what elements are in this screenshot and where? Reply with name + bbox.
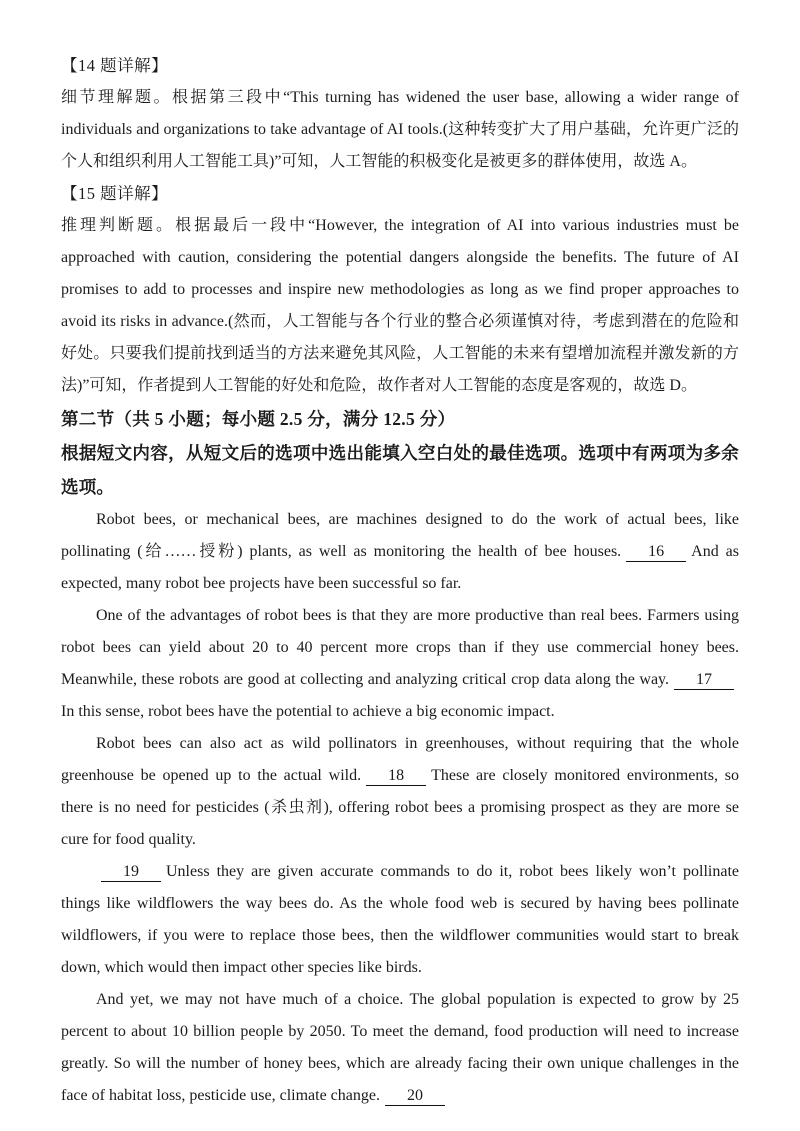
paragraph-2-post-text: In this sense, robot bees have the poten… [61,703,555,720]
document-page: 【14 题详解】 细节理解题。根据第三段中“This turning has w… [0,0,800,1131]
paragraph-4-post-text: Unless they are given accurate commands … [61,863,739,976]
section-2-title: 第二节（共 5 小题；每小题 2.5 分，满分 12.5 分） [61,402,739,436]
blank-19: 19 [101,863,161,882]
explanation-14-body: 细节理解题。根据第三段中“This turning has widened th… [61,82,739,178]
passage-paragraph-2: One of the advantages of robot bees is t… [61,600,739,728]
explanation-15-body: 推理判断题。根据最后一段中“However, the integration o… [61,210,739,402]
blank-16: 16 [626,543,686,562]
blank-17: 17 [674,671,734,690]
passage-paragraph-3: Robot bees can also act as wild pollinat… [61,728,739,856]
passage-paragraph-1: Robot bees, or mechanical bees, are mach… [61,504,739,600]
paragraph-2-pre-text: One of the advantages of robot bees is t… [61,607,739,688]
passage-paragraph-5: And yet, we may not have much of a choic… [61,984,739,1112]
section-2-instruction: 根据短文内容，从短文后的选项中选出能填入空白处的最佳选项。选项中有两项为多余选项… [61,436,739,504]
explanation-14-header: 【14 题详解】 [61,50,739,82]
passage-paragraph-4: 19Unless they are given accurate command… [61,856,739,984]
explanation-15-header: 【15 题详解】 [61,178,739,210]
blank-20: 20 [385,1087,445,1106]
blank-18: 18 [366,767,426,786]
